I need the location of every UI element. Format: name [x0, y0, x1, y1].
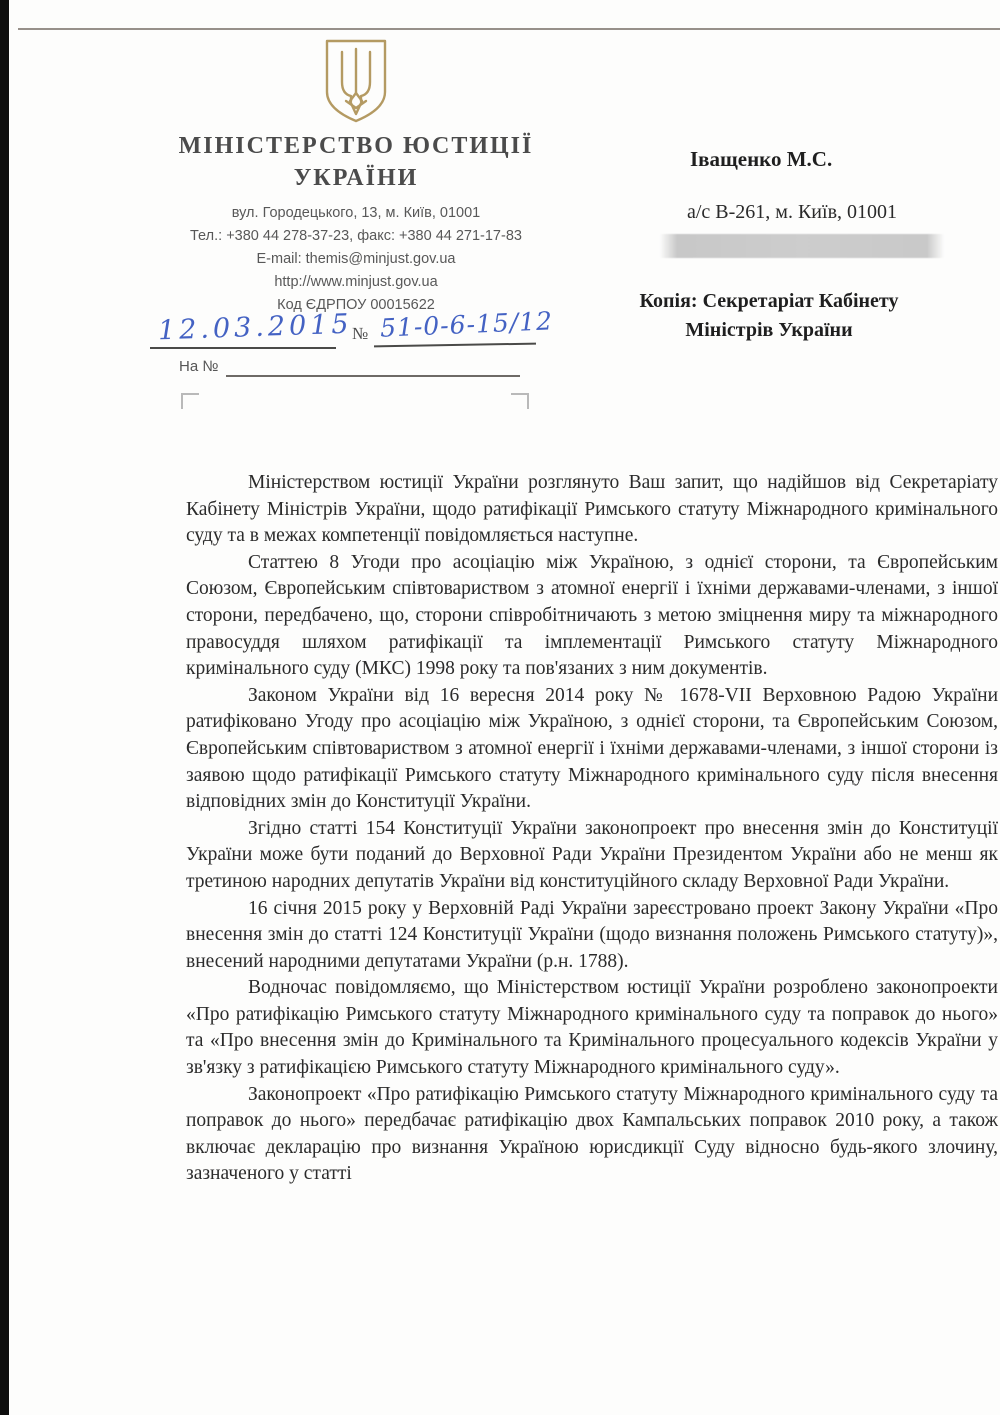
letter-body: Міністерством юстиції України розглянуто…	[186, 470, 998, 1188]
ministry-title-line1: МІНІСТЕРСТВО ЮСТИЦІЇ	[138, 130, 574, 162]
redacted-text-bar	[660, 234, 944, 258]
reply-to-number-label: На №	[179, 358, 218, 375]
address-zone-corner-left	[181, 393, 199, 409]
body-paragraph: Згідно статті 154 Конституції України за…	[186, 816, 998, 896]
copy-recipient: Копія: Секретаріат Кабінету Міністрів Ук…	[602, 287, 936, 345]
body-paragraph: Статтею 8 Угоди про асоціацію між Україн…	[186, 550, 998, 683]
handwritten-date: 12.03.2015	[158, 309, 354, 347]
body-paragraph: Законопроект «Про ратифікацію Римського …	[186, 1082, 998, 1188]
ukraine-trident-emblem	[320, 38, 392, 124]
number-underline	[374, 343, 536, 348]
letterhead-email: E-mail: themis@minjust.gov.ua	[138, 248, 574, 271]
scan-top-line	[18, 28, 1000, 30]
address-zone-corner-right	[511, 393, 529, 409]
body-paragraph: Законом України від 16 вересня 2014 року…	[186, 683, 998, 816]
letterhead-phone-fax: Тел.: +380 44 278-37-23, факс: +380 44 2…	[138, 225, 574, 248]
scan-edge-bar	[0, 0, 9, 1415]
number-sign-label: №	[352, 324, 368, 344]
handwritten-outgoing-number: 51-0-6-15/12	[379, 306, 553, 343]
date-underline	[150, 347, 336, 349]
addressee-address: а/с В-261, м. Київ, 01001	[687, 201, 897, 224]
body-paragraph: Водночас повідомляємо, що Міністерством …	[186, 975, 998, 1081]
letterhead-address: вул. Городецького, 13, м. Київ, 01001	[138, 202, 574, 225]
copy-recipient-line1: Копія: Секретаріат Кабінету	[602, 287, 936, 316]
body-paragraph: Міністерством юстиції України розглянуто…	[186, 470, 998, 550]
copy-recipient-line2: Міністрів України	[602, 316, 936, 345]
addressee-name: Іващенко М.С.	[690, 147, 832, 172]
ministry-title-line2: УКРАЇНИ	[138, 162, 574, 194]
scanned-letter-page: МІНІСТЕРСТВО ЮСТИЦІЇ УКРАЇНИ вул. Городе…	[0, 0, 1000, 1415]
body-paragraph: 16 січня 2015 року у Верховній Раді Укра…	[186, 896, 998, 976]
letterhead-website: http://www.minjust.gov.ua	[138, 271, 574, 294]
reply-to-number-blank-line	[226, 375, 520, 377]
letterhead: МІНІСТЕРСТВО ЮСТИЦІЇ УКРАЇНИ вул. Городе…	[138, 130, 574, 317]
